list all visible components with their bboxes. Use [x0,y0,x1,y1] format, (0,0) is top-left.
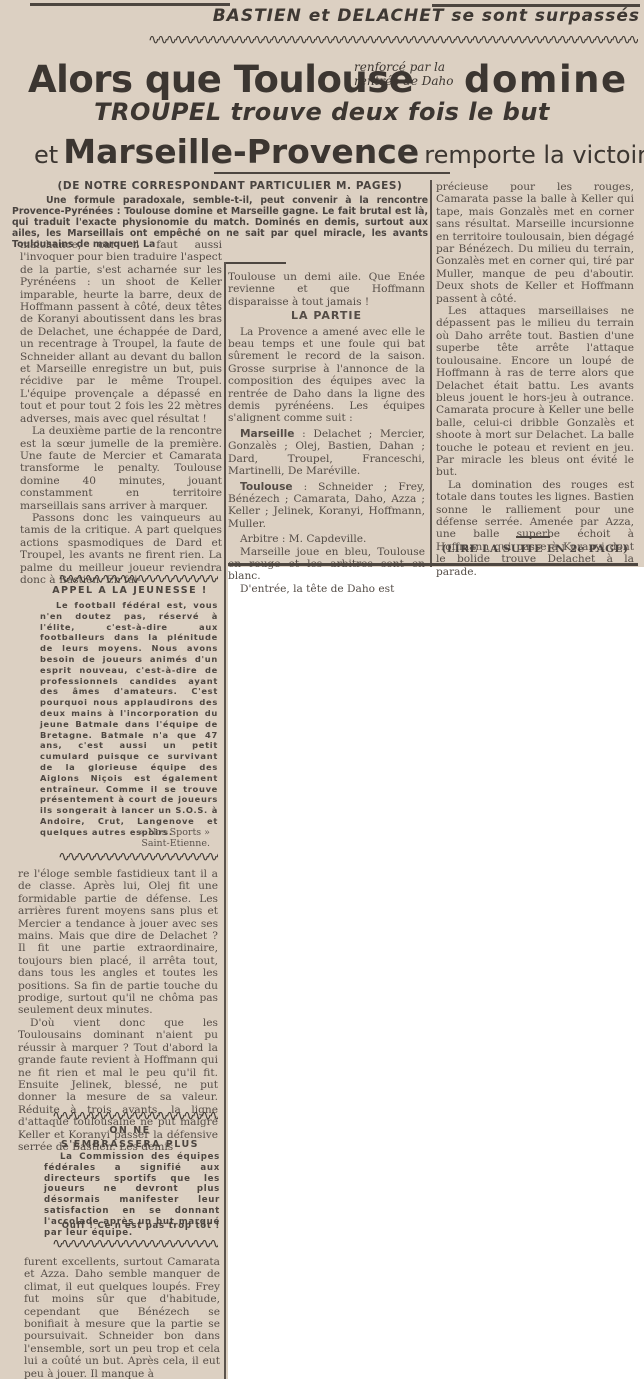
wavy-rule: ∿∿∿∿∿∿∿∿∿∿∿∿∿∿∿∿∿∿∿∿∿∿∿∿∿∿∿∿∿∿∿∿∿∿∿∿∿∿∿∿… [148,36,638,44]
source-line-1: « Nos Sports » [40,827,210,838]
wavy-rule: ∿∿∿∿∿∿∿∿∿∿∿∿∿∿∿∿∿∿∿∿∿∿∿∿∿∿∿ [58,853,218,861]
col2-paragraph: D'entrée, la tête de Daho est [228,583,425,595]
col1-paragraph: La deuxième partie de la rencontre est l… [20,425,222,512]
kicker-headline: BASTIEN et DELACHET se sont surpassés [150,6,640,26]
headline-line-3: et Marseille-Provence remporte la victoi… [34,132,644,171]
continued-on-page-2: (LIRE LA SUITE EN 2e PAGE) [436,543,634,555]
box-closing-embrasse: Ouff ! Ce n'est pas trop tôt ! [44,1221,220,1232]
headline-line-3-b: Marseille-Provence [63,132,419,171]
column-divider [430,180,432,567]
continuation-paragraph: furent excellents, surtout Camarata et A… [24,1256,220,1379]
suite-rule [516,536,550,538]
bottom-rule [228,563,638,566]
headline-part-2: domine [464,58,628,101]
headline-line-3-c: remporte la victoire [424,141,644,169]
article-column-1: malchance, car il faut aussi l'invoquer … [20,239,222,586]
box-title-line-2: S'EMBRASSERA PLUS [40,1138,220,1152]
col2-intro: Toulouse un demi aile. Que Enée revienne… [228,271,425,308]
team-label-toulouse: Toulouse [240,481,293,493]
col2-paragraph: La Provence a amené avec elle le beau te… [228,326,425,425]
headline-line-3-a: et [34,141,58,169]
box-title-line-1: ON NE [40,1124,220,1138]
article-column-3: précieuse pour les rouges, Camarata pass… [436,181,634,578]
column-divider [224,262,226,567]
continuation-column-2: furent excellents, surtout Camarata et A… [24,1256,220,1379]
headline-line-2: TROUPEL trouve deux fois le but [0,98,644,126]
subhead-la-partie: LA PARTIE [228,310,425,322]
article-column-2: Toulouse un demi aile. Que Enée revienne… [228,271,425,595]
referee-line: Arbitre : M. Capdeville. [228,533,425,545]
continuation-paragraph: re l'éloge semble fastidieux tant il a d… [18,868,218,1017]
lineup-toulouse: Toulouse : Schneider ; Frey, Bénézech ; … [228,481,425,531]
box-title-appel: APPEL A LA JEUNESSE ! [40,585,220,596]
strip-border [224,567,226,1379]
box-source: « Nos Sports » Saint-Etienne. [40,827,210,849]
box-text-appel: Le football fédéral est, vous n'en doute… [40,600,218,838]
byline: (DE NOTRE CORRESPONDANT PARTICULIER M. P… [40,180,420,192]
lineup-marseille: Marseille : Delachet ; Mercier, Gonzalès… [228,428,425,478]
headline-aside-line-2: rentrée de Daho [354,74,453,88]
headline-underline [214,172,450,174]
team-label-marseille: Marseille [240,428,294,440]
col3-paragraph: précieuse pour les rouges, Camarata pass… [436,181,634,305]
col3-paragraph: Les attaques marseillaises ne dépassent … [436,305,634,479]
headline-aside: renforcé par la rentrée de Daho [354,60,453,88]
wavy-rule: ∿∿∿∿∿∿∿∿∿∿∿∿∿∿∿∿∿∿∿∿∿∿∿∿∿∿∿∿ [52,1112,218,1120]
wavy-rule: ∿∿∿∿∿∿∿∿∿∿∿∿∿∿∿∿∿∿∿∿∿∿∿∿∿∿∿∿ [52,1240,218,1248]
box-corner-rule [226,262,286,264]
box-title-embrasse: ON NE S'EMBRASSERA PLUS [40,1124,220,1152]
source-line-2: Saint-Etienne. [40,838,210,849]
continuation-column-1: re l'éloge semble fastidieux tant il a d… [18,868,218,1153]
headline-aside-line-1: renforcé par la [354,60,445,74]
wavy-rule: ∿∿∿∿∿∿∿∿∿∿∿∿∿∿∿∿∿∿∿∿∿∿∿∿∿∿∿ [58,575,218,583]
col1-paragraph: malchance, car il faut aussi l'invoquer … [20,239,222,425]
